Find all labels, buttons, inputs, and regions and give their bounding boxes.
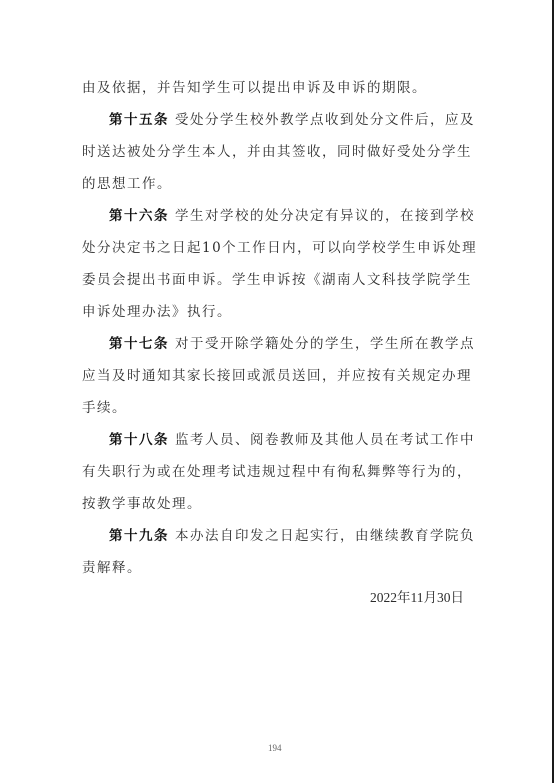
document-page: 由及依据，并告知学生可以提出申诉及申诉的期限。 第十五条受处分学生校外教学点收到… bbox=[0, 0, 554, 783]
article-first-line: 第十五条受处分学生校外教学点收到处分文件后，应及 bbox=[82, 108, 474, 140]
article-line: 委员会提出书面申诉。学生申诉按《湖南人文科技学院学生 bbox=[82, 268, 474, 300]
article-line: 手续。 bbox=[82, 396, 474, 428]
article-line: 的思想工作。 bbox=[82, 172, 474, 204]
article-number: 第十七条 bbox=[109, 336, 169, 352]
article-number: 第十五条 bbox=[109, 112, 169, 128]
article-text: 监考人员、阅卷教师及其他人员在考试工作中 bbox=[175, 432, 475, 448]
paragraph-continuation: 由及依据，并告知学生可以提出申诉及申诉的期限。 bbox=[82, 76, 474, 108]
article-number: 第十九条 bbox=[109, 528, 169, 544]
article-line: 有失职行为或在处理考试违规过程中有徇私舞弊等行为的， bbox=[82, 460, 474, 492]
article-first-line: 第十九条本办法自印发之日起实行，由继续教育学院负 bbox=[82, 524, 474, 556]
article-first-line: 第十六条学生对学校的处分决定有异议的，在接到学校 bbox=[82, 204, 474, 236]
article-first-line: 第十八条监考人员、阅卷教师及其他人员在考试工作中 bbox=[82, 428, 474, 460]
article-18: 第十八条监考人员、阅卷教师及其他人员在考试工作中 有失职行为或在处理考试违规过程… bbox=[82, 428, 474, 524]
article-first-line: 第十七条对于受开除学籍处分的学生，学生所在教学点 bbox=[82, 332, 474, 364]
article-line: 处分决定书之日起10个工作日内，可以向学校学生申诉处理 bbox=[82, 236, 474, 268]
article-line: 责解释。 bbox=[82, 556, 474, 588]
article-17: 第十七条对于受开除学籍处分的学生，学生所在教学点 应当及时通知其家长接回或派员送… bbox=[82, 332, 474, 428]
issue-date: 2022年11月30日 bbox=[370, 587, 464, 609]
article-16: 第十六条学生对学校的处分决定有异议的，在接到学校 处分决定书之日起10个工作日内… bbox=[82, 204, 474, 332]
article-line: 按教学事故处理。 bbox=[82, 492, 474, 524]
article-text: 学生对学校的处分决定有异议的，在接到学校 bbox=[175, 208, 475, 224]
document-body: 由及依据，并告知学生可以提出申诉及申诉的期限。 第十五条受处分学生校外教学点收到… bbox=[82, 76, 474, 588]
page-number: 194 bbox=[268, 742, 282, 754]
article-text: 对于受开除学籍处分的学生，学生所在教学点 bbox=[175, 336, 475, 352]
article-line: 时送达被处分学生本人，并由其签收，同时做好受处分学生 bbox=[82, 140, 474, 172]
article-number: 第十八条 bbox=[109, 432, 169, 448]
article-15: 第十五条受处分学生校外教学点收到处分文件后，应及 时送达被处分学生本人，并由其签… bbox=[82, 108, 474, 204]
article-19: 第十九条本办法自印发之日起实行，由继续教育学院负 责解释。 bbox=[82, 524, 474, 588]
article-number: 第十六条 bbox=[109, 208, 169, 224]
article-text: 受处分学生校外教学点收到处分文件后，应及 bbox=[175, 112, 475, 128]
article-text: 本办法自印发之日起实行，由继续教育学院负 bbox=[175, 528, 475, 544]
article-line: 应当及时通知其家长接回或派员送回，并应按有关规定办理 bbox=[82, 364, 474, 396]
article-line: 申诉处理办法》执行。 bbox=[82, 300, 474, 332]
